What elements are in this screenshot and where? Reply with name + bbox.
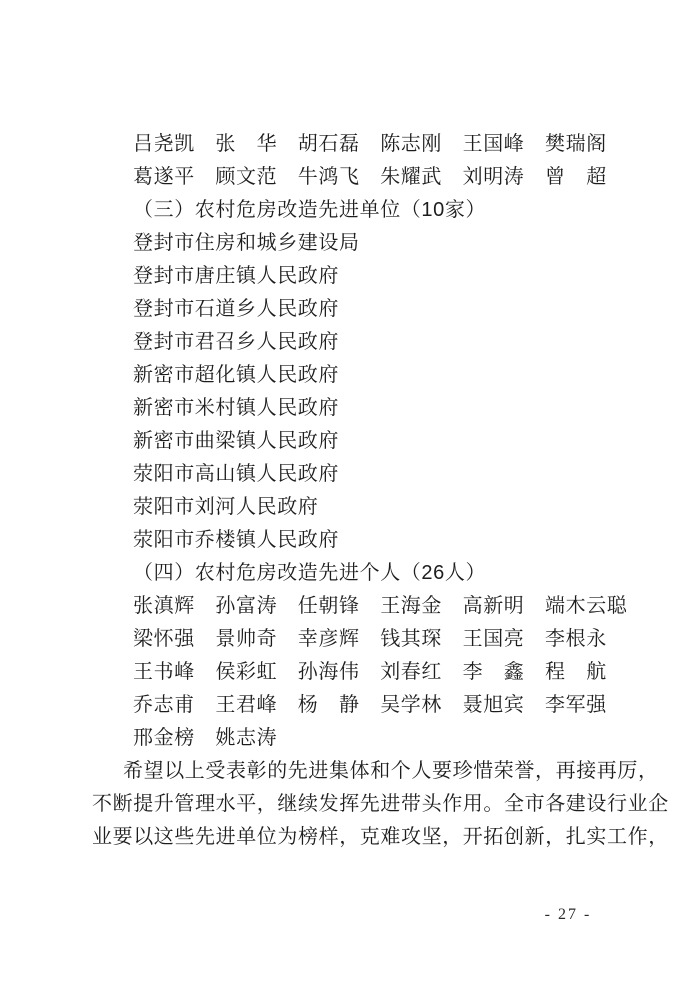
award-unit-item: 新密市超化镇人民政府	[92, 359, 670, 392]
awardee-names-row: 梁怀强 景帅奇 幸彦辉 钱其琛 王国亮 李根永	[92, 623, 670, 656]
closing-paragraph-line: 希望以上受表彰的先进集体和个人要珍惜荣誉，再接再厉，	[92, 755, 670, 788]
award-unit-item: 登封市住房和城乡建设局	[92, 227, 670, 260]
page-number: - 27 -	[538, 906, 598, 924]
award-unit-item: 荥阳市高山镇人民政府	[92, 458, 670, 491]
awardee-names-row: 张滇辉 孙富涛 任朝锋 王海金 高新明 端木云聪	[92, 590, 670, 623]
awardee-names-row: 葛遂平 顾文范 牛鸿飞 朱耀武 刘明涛 曾 超	[92, 161, 670, 194]
closing-paragraph-line: 业要以这些先进单位为榜样，克难攻坚，开拓创新，扎实工作，	[92, 821, 670, 854]
awardee-names-row: 王书峰 侯彩虹 孙海伟 刘春红 李 鑫 程 航	[92, 656, 670, 689]
section-heading-units: （三）农村危房改造先进单位（10家）	[92, 194, 670, 227]
closing-paragraph-line: 不断提升管理水平，继续发挥先进带头作用。全市各建设行业企	[92, 788, 670, 821]
award-unit-item: 登封市唐庄镇人民政府	[92, 260, 670, 293]
award-unit-item: 荥阳市刘河人民政府	[92, 491, 670, 524]
award-unit-item: 登封市石道乡人民政府	[92, 293, 670, 326]
award-unit-item: 新密市曲梁镇人民政府	[92, 425, 670, 458]
document-body: 吕尧凯 张 华 胡石磊 陈志刚 王国峰 樊瑞阁 葛遂平 顾文范 牛鸿飞 朱耀武 …	[0, 0, 700, 854]
awardee-names-row: 邢金榜 姚志涛	[92, 722, 670, 755]
award-unit-item: 荥阳市乔楼镇人民政府	[92, 524, 670, 557]
award-unit-item: 登封市君召乡人民政府	[92, 326, 670, 359]
awardee-names-row: 乔志甫 王君峰 杨 静 吴学林 聂旭宾 李军强	[92, 689, 670, 722]
section-heading-individuals: （四）农村危房改造先进个人（26人）	[92, 557, 670, 590]
award-unit-item: 新密市米村镇人民政府	[92, 392, 670, 425]
document-page: 吕尧凯 张 华 胡石磊 陈志刚 王国峰 樊瑞阁 葛遂平 顾文范 牛鸿飞 朱耀武 …	[0, 0, 700, 991]
awardee-names-row: 吕尧凯 张 华 胡石磊 陈志刚 王国峰 樊瑞阁	[92, 128, 670, 161]
